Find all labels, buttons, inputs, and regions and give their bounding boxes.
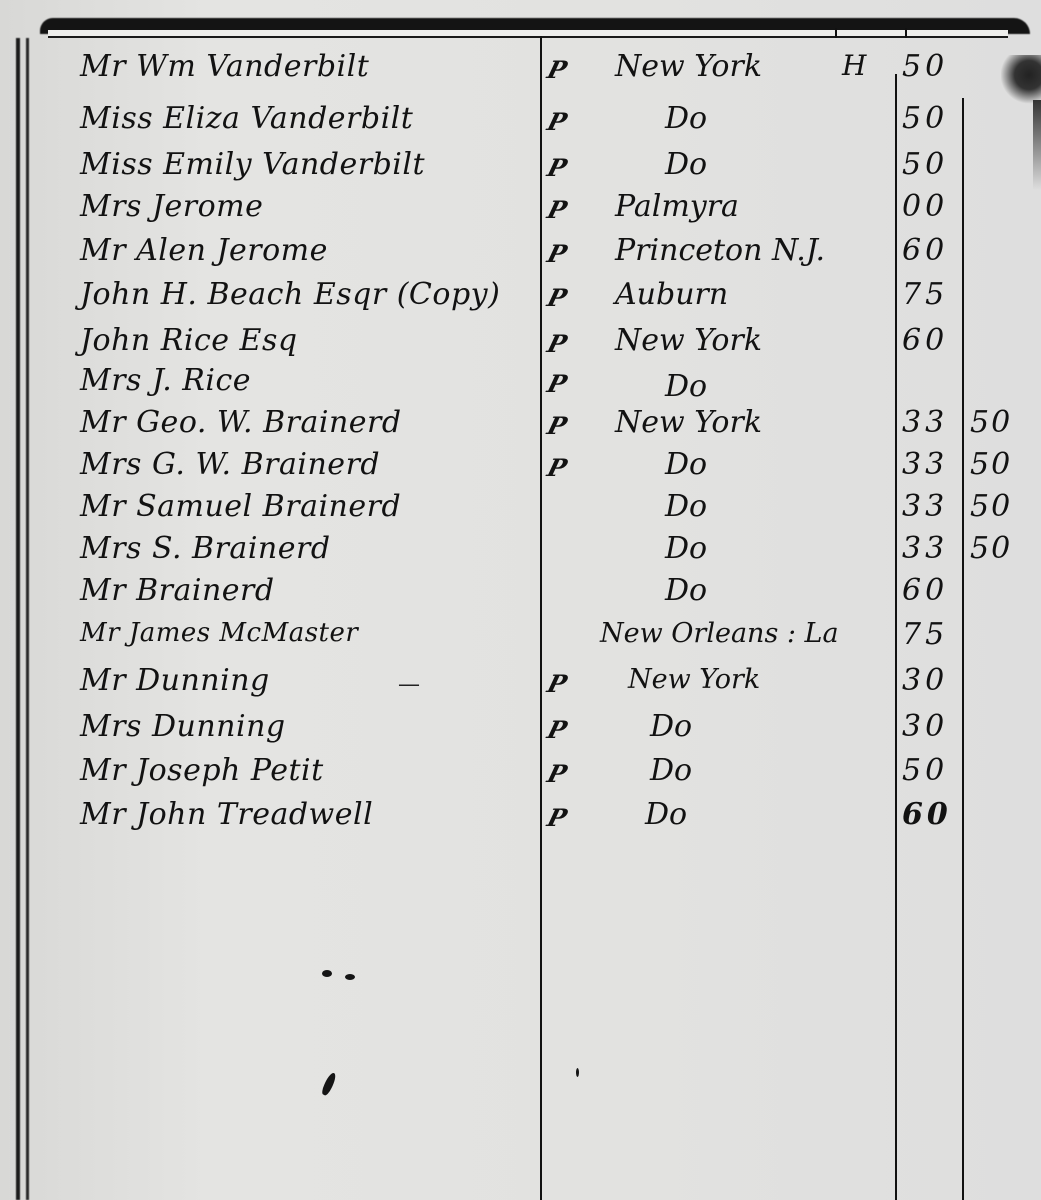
- entry-cents: 50: [970, 408, 1012, 438]
- paid-mark: P: [545, 58, 569, 82]
- entry-name: Miss Eliza Vanderbilt: [80, 104, 413, 134]
- ledger-row: Mr Samuel Brainerd Do 33 50: [0, 492, 1041, 536]
- entry-name: Mr James McMaster: [80, 620, 358, 646]
- entry-place: Do: [665, 372, 707, 402]
- entry-name: Mr Samuel Brainerd: [80, 492, 401, 522]
- ledger-row: Mr Joseph Petit P Do 50: [0, 756, 1041, 800]
- entry-amount: 33: [902, 450, 948, 480]
- paid-mark: P: [545, 198, 569, 222]
- entry-name: Mrs J. Rice: [80, 366, 251, 396]
- ledger-row: Mrs G. W. Brainerd P Do 33 50: [0, 450, 1041, 494]
- paid-mark: P: [545, 414, 569, 438]
- entry-amount: 00: [902, 192, 948, 222]
- entry-name: Mr Wm Vanderbilt: [80, 52, 369, 82]
- entry-name: Miss Emily Vanderbilt: [80, 150, 425, 180]
- paid-mark: P: [545, 242, 569, 266]
- entry-name: Mrs S. Brainerd: [80, 534, 331, 564]
- entry-place: Do: [650, 756, 692, 786]
- ledger-row: Mr James McMaster New Orleans : La 75: [0, 620, 1041, 664]
- entry-name: Mr John Treadwell: [80, 800, 373, 830]
- entry-name: John H. Beach Esqr (Copy): [80, 280, 500, 310]
- entry-place: New York: [615, 408, 762, 438]
- entry-amount: 60: [902, 326, 948, 356]
- entry-place: Do: [665, 450, 707, 480]
- entry-amount: 50: [902, 104, 948, 134]
- paid-mark: P: [545, 332, 569, 356]
- entry-place: Princeton N.J.: [615, 236, 825, 266]
- entry-amount: 50: [902, 756, 948, 786]
- paid-mark: P: [545, 718, 569, 742]
- entry-place: Auburn: [615, 280, 728, 310]
- entry-cents: 50: [970, 450, 1012, 480]
- entry-place: Do: [665, 150, 707, 180]
- paid-mark: P: [545, 110, 569, 134]
- entry-name: Mr Geo. W. Brainerd: [80, 408, 402, 438]
- ledger-row: Mrs S. Brainerd Do 33 50: [0, 534, 1041, 578]
- entry-amount: 33: [902, 534, 948, 564]
- ledger-row: Miss Eliza Vanderbilt P Do 50: [0, 104, 1041, 148]
- paid-mark: P: [545, 372, 569, 396]
- entry-amount: 33: [902, 492, 948, 522]
- entry-amount: 30: [902, 712, 948, 742]
- entry-place: Do: [665, 576, 707, 606]
- entry-name: Mr Alen Jerome: [80, 236, 328, 266]
- entry-amount: 75: [902, 280, 948, 310]
- ledger-row: Miss Emily Vanderbilt P Do 50: [0, 150, 1041, 194]
- entry-name: John Rice Esq: [80, 326, 298, 356]
- ledger-row: John H. Beach Esqr (Copy) P Auburn 75: [0, 280, 1041, 324]
- entry-place: Do: [665, 104, 707, 134]
- paid-mark: P: [545, 156, 569, 180]
- entry-amount: 60: [902, 236, 948, 266]
- ledger-row: Mr Brainerd Do 60: [0, 576, 1041, 620]
- ledger-row: Mr John Treadwell P Do 60: [0, 800, 1041, 844]
- ledger-row: Mrs Dunning P Do 30: [0, 712, 1041, 756]
- ledger-row: Mrs J. Rice P Do: [0, 366, 1041, 410]
- entry-name: Mrs Dunning: [80, 712, 286, 742]
- ledger-row: Mr Wm Vanderbilt P New York H 50: [0, 52, 1041, 96]
- paid-mark: P: [545, 286, 569, 310]
- paid-mark: P: [545, 672, 569, 696]
- entry-place: Do: [650, 712, 692, 742]
- entry-place: Palmyra: [615, 192, 739, 222]
- ledger-row: Mr Alen Jerome P Princeton N.J. 60: [0, 236, 1041, 280]
- entry-name: Mrs Jerome: [80, 192, 263, 222]
- entry-amount: 60: [902, 576, 948, 606]
- ledger-row: Mrs Jerome P Palmyra 00: [0, 192, 1041, 236]
- entry-place: Do: [645, 800, 687, 830]
- entry-amount: 50: [902, 52, 948, 82]
- dash-mark: —: [398, 672, 420, 697]
- entry-place: New York: [615, 326, 762, 356]
- ledger-row: Mr Dunning — P New York 30: [0, 666, 1041, 710]
- entry-place: New York: [615, 52, 762, 82]
- ledger-row: Mr Geo. W. Brainerd P New York 33 50: [0, 408, 1041, 452]
- entry-place: Do: [665, 492, 707, 522]
- paid-mark: P: [545, 456, 569, 480]
- entry-place: Do: [665, 534, 707, 564]
- ledger-entries: Mr Wm Vanderbilt P New York H 50 Miss El…: [0, 0, 1041, 1200]
- entry-name: Mrs G. W. Brainerd: [80, 450, 380, 480]
- entry-amount: 50: [902, 150, 948, 180]
- entry-place: New York: [628, 666, 760, 693]
- entry-amount: 33: [902, 408, 948, 438]
- entry-name: Mr Dunning: [80, 666, 270, 696]
- entry-amount: 60: [902, 800, 952, 830]
- entry-note: H: [842, 52, 866, 80]
- entry-name: Mr Brainerd: [80, 576, 275, 606]
- entry-cents: 50: [970, 534, 1012, 564]
- entry-cents: 50: [970, 492, 1012, 522]
- entry-amount: 30: [902, 666, 948, 696]
- entry-name: Mr Joseph Petit: [80, 756, 324, 786]
- entry-amount: 75: [902, 620, 948, 650]
- entry-place: New Orleans : La: [600, 620, 839, 647]
- paid-mark: P: [545, 806, 569, 830]
- paid-mark: P: [545, 762, 569, 786]
